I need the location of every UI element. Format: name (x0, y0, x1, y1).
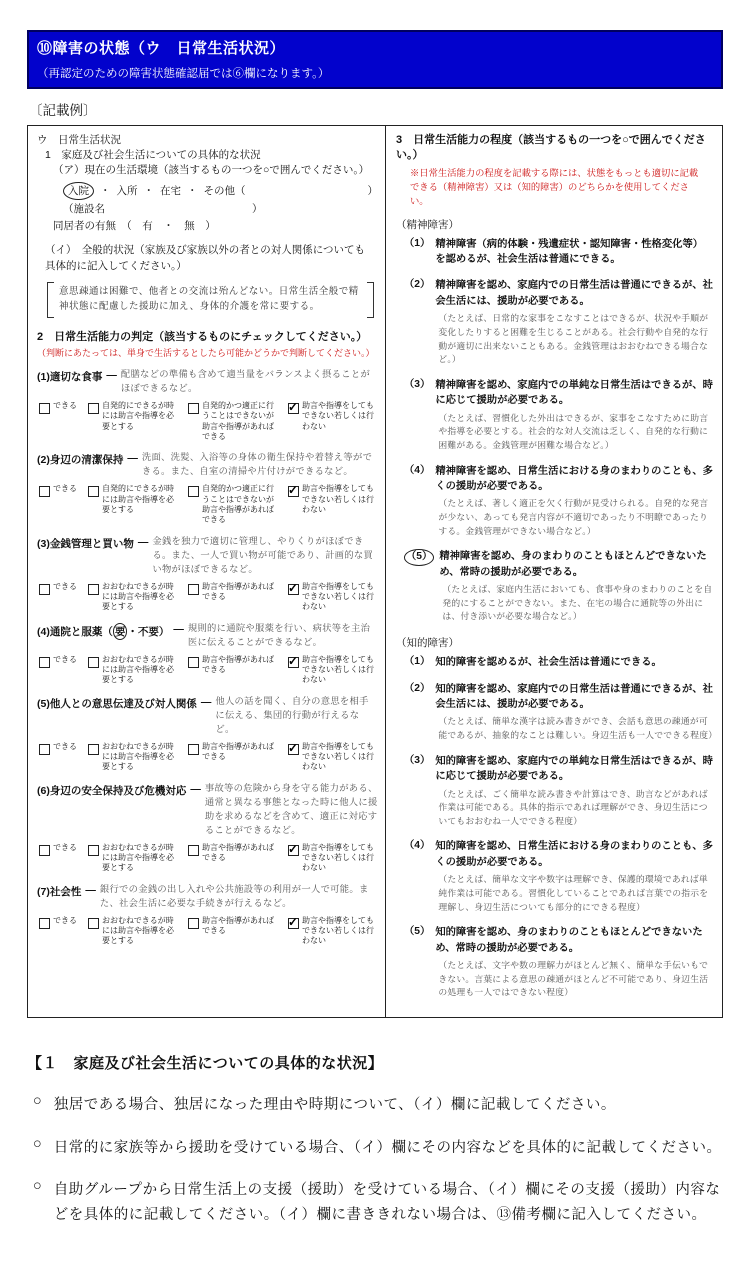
option-hospitalized-circled[interactable]: 入院 (63, 182, 94, 200)
checkbox-icon[interactable] (188, 403, 199, 414)
judgment-item-desc: 洗面、洗髪、入浴等の身体の衛生保持や着替え等ができる。また、自室の清掃や片付けが… (142, 452, 378, 480)
degree-number-circled[interactable]: （5） (404, 549, 434, 566)
judgment-option[interactable]: できる (39, 401, 81, 443)
degree-item: （4）精神障害を認め、日常生活における身のまわりのことも、多くの援助が必要である… (404, 464, 713, 539)
judgment-item-label: (2)身辺の清潔保持 (37, 452, 123, 467)
degree-number[interactable]: （2） (404, 682, 430, 743)
judgment-option[interactable]: 助言や指導をしてもできない若しくは行わない (288, 582, 378, 613)
judgment-item-desc: 金銭を独力で適切に管理し、やりくりがほぼできる。また、一人で買い物が可能であり、… (152, 536, 378, 578)
judgment-option[interactable]: 助言や指導があればできる (188, 742, 281, 773)
degree-item-body: 精神障害を認め、家庭内での単純な日常生活はできるが、時に応じて援助が必要である。… (435, 378, 713, 453)
degree-number[interactable]: （1） (404, 237, 430, 268)
judgment-option-label: おおむねできるが時には助言や指導を必要とする (102, 742, 181, 773)
checkbox-icon[interactable] (88, 584, 99, 595)
section-subtitle: （再認定のための障害状態確認届では⑥欄になります。） (37, 65, 713, 81)
degree-number[interactable]: （5） (404, 925, 430, 1000)
degree-item-body: 知的障害を認めるが、社会生活は普通にできる。 (435, 655, 713, 670)
checkbox-icon[interactable] (39, 744, 50, 755)
judgment-item: (7)社会性―銀行での金銭の出し入れや公共施設等の利用が一人で可能。また、社会生… (37, 884, 378, 947)
section2-title: 2 日常生活能力の判定（該当するものにチェックしてください。） (37, 328, 378, 344)
judgment-option-label: おおむねできるが時には助言や指導を必要とする (102, 655, 181, 686)
dash-separator: ― (85, 884, 96, 896)
judgment-item-desc: 他人の話を聞く、自分の意思を相手に伝える、集団的行動が行えるなど。 (215, 696, 378, 738)
judgment-option[interactable]: 助言や指導をしてもできない若しくは行わない (288, 655, 378, 686)
judgment-option-label: 自発的かつ適正に行うことはできないが助言や指導があればできる (202, 401, 281, 443)
bottom-guidance-section: 【１ 家庭及び社会生活についての具体的な状況】 ○独居である場合、独居になった理… (27, 1052, 723, 1228)
option-admitted[interactable]: 入所 (117, 183, 138, 198)
judgment-item-desc: 銀行での金銭の出し入れや公共施設等の利用が一人で可能。また、社会生活に必要な手続… (100, 884, 378, 912)
judgment-item-head: (1)適切な食事―配膳などの準備も含めて適当量をバランスよく摂ることがほぼできる… (37, 369, 378, 397)
dash-separator: ― (127, 452, 138, 464)
judgment-option[interactable]: おおむねできるが時には助言や指導を必要とする (88, 742, 181, 773)
checkbox-icon[interactable] (88, 744, 99, 755)
judgment-option[interactable]: 助言や指導をしてもできない若しくは行わない (288, 843, 378, 874)
checkbox-icon[interactable] (88, 657, 99, 668)
degree-item-text: 知的障害を認め、家庭内での日常生活は普通にできるが、社会生活には、援助が必要であ… (435, 682, 713, 713)
checkbox-checked-icon[interactable] (288, 403, 299, 414)
degree-number[interactable]: （4） (404, 464, 430, 539)
judgment-option-label: できる (53, 843, 77, 853)
judgment-option[interactable]: おおむねできるが時には助言や指導を必要とする (88, 843, 181, 874)
degree-item-example: （たとえば、簡単な漢字は読み書きができ、会話も意思の疎通が可能であるが、抽象的な… (435, 715, 713, 742)
judgment-options-row: できるおおむねできるが時には助言や指導を必要とする助言や指導があればできる助言や… (37, 655, 378, 686)
judgment-item: (3)金銭管理と買い物―金銭を独力で適切に管理し、やりくりがほぼできる。また、一… (37, 536, 378, 613)
section1b-title: （イ） 全般的状況（家族及び家族以外の者との対人関係についても 具体的に記入して… (37, 243, 378, 275)
judgment-item: (4)通院と服薬（要・不要）―規則的に通院や服薬を行い、病状等を主治医に伝えるこ… (37, 623, 378, 686)
section-title: ⑩障害の状態（ウ 日常生活状況） (37, 37, 713, 58)
section2-red-note: （判断にあたっては、単身で生活するとしたら可能かどうかで判断してください。） (37, 346, 378, 359)
section1a-title: （ア）現在の生活環境（該当するもの一つを○で囲んでください。） (37, 163, 378, 178)
judgment-option[interactable]: 助言や指導があればできる (188, 916, 281, 947)
judgment-option[interactable]: できる (39, 843, 81, 874)
judgment-option-label: 助言や指導をしてもできない若しくは行わない (302, 655, 378, 686)
checkbox-icon[interactable] (39, 918, 50, 929)
judgment-item-head: (3)金銭管理と買い物―金銭を独力で適切に管理し、やりくりがほぼできる。また、一… (37, 536, 378, 578)
checkbox-checked-icon[interactable] (288, 486, 299, 497)
section3-red-note: ※日常生活能力の程度を記載する際には、状態をもっとも適切に記載できる（精神障害）… (410, 167, 702, 209)
checkbox-icon[interactable] (188, 584, 199, 595)
judgment-option-label: できる (53, 582, 77, 592)
degree-item-body: 精神障害（病的体験・残遺症状・認知障害・性格変化等）を認めるが、社会生活は普通に… (435, 237, 713, 268)
dash-separator: ― (190, 783, 201, 795)
facility-name-field[interactable]: （施設名 ） (37, 202, 378, 217)
circle-bullet-icon: ○ (33, 1093, 42, 1118)
judgment-item: (5)他人との意思伝達及び対人関係―他人の話を聞く、自分の意思を相手に伝える、集… (37, 696, 378, 773)
judgment-option-label: 助言や指導があればできる (202, 843, 281, 864)
judgment-option[interactable]: 助言や指導があればできる (188, 655, 281, 686)
degree-number[interactable]: （3） (404, 378, 430, 453)
judgment-option-label: おおむねできるが時には助言や指導を必要とする (102, 582, 181, 613)
checkbox-icon[interactable] (39, 657, 50, 668)
judgment-option[interactable]: 自発的かつ適正に行うことはできないが助言や指導があればできる (188, 484, 281, 526)
judgment-item-head: (5)他人との意思伝達及び対人関係―他人の話を聞く、自分の意思を相手に伝える、集… (37, 696, 378, 738)
section3-title: 3 日常生活能力の程度（該当するもの一つを○で囲んでください。） (396, 133, 713, 164)
checkbox-icon[interactable] (188, 744, 199, 755)
left-heading: ウ 日常生活状況 (37, 133, 378, 148)
intellectual-disability-heading: （知的障害） (396, 635, 713, 650)
judgment-item-desc: 事故等の危険から身を守る能力がある、通常と異なる事態となった時に他人に援助を求め… (205, 783, 378, 839)
judgment-option-label: 助言や指導をしてもできない若しくは行わない (302, 843, 378, 874)
judgment-item-head: (4)通院と服薬（要・不要）―規則的に通院や服薬を行い、病状等を主治医に伝えるこ… (37, 623, 378, 651)
judgment-item-label: (7)社会性 (37, 884, 81, 899)
cohabitant-field[interactable]: 同居者の有無 （ 有 ・ 無 ） (37, 219, 378, 234)
judgment-option[interactable]: 助言や指導をしてもできない若しくは行わない (288, 484, 378, 526)
judgment-option-label: できる (53, 655, 77, 665)
dash-separator: ― (173, 623, 184, 635)
guidance-note: ○日常的に家族等から援助を受けている場合、（イ）欄にその内容などを具体的に記載し… (27, 1136, 723, 1161)
judgment-items-list: (1)適切な食事―配膳などの準備も含めて適当量をバランスよく摂ることがほぼできる… (37, 369, 378, 947)
judgment-option-label: 助言や指導があればできる (202, 655, 281, 676)
judgment-option-label: できる (53, 484, 77, 494)
judgment-option[interactable]: 助言や指導をしてもできない若しくは行わない (288, 742, 378, 773)
judgment-option[interactable]: できる (39, 484, 81, 526)
degree-item-example: （たとえば、日常的な家事をこなすことはできるが、状況や手順が変化したりすると困難… (435, 312, 713, 367)
degree-item-body: 精神障害を認め、身のまわりのこともほとんどできないため、常時の援助が必要である。… (439, 549, 713, 624)
bottom-notes-list: ○独居である場合、独居になった理由や時期について、（イ）欄に記載してください。○… (27, 1093, 723, 1228)
judgment-option-label: 自発的にできるが時には助言や指導を必要とする (102, 484, 181, 515)
option-separator: ・ (100, 183, 111, 198)
degree-item-body: 知的障害を認め、日常生活における身のまわりのことも、多くの援助が必要である。（た… (435, 839, 713, 914)
degree-number[interactable]: （1） (404, 655, 430, 670)
degree-item-body: 知的障害を認め、身のまわりのこともほとんどできないため、常時の援助が必要である。… (435, 925, 713, 1000)
checkbox-icon[interactable] (88, 486, 99, 497)
degree-item-text: 知的障害を認めるが、社会生活は普通にできる。 (435, 655, 713, 670)
form-main-box: ウ 日常生活状況 1 家庭及び社会生活についての具体的な状況 （ア）現在の生活環… (27, 125, 723, 1018)
judgment-option-label: 助言や指導があればできる (202, 916, 281, 937)
guidance-note-text: 独居である場合、独居になった理由や時期について、（イ）欄に記載してください。 (54, 1093, 723, 1118)
checkbox-icon[interactable] (88, 403, 99, 414)
checkbox-icon[interactable] (88, 845, 99, 856)
checkbox-icon[interactable] (188, 845, 199, 856)
judgment-option-label: 自発的にできるが時には助言や指導を必要とする (102, 401, 181, 432)
option-other-close-paren: ） (368, 183, 379, 198)
checkbox-icon[interactable] (188, 657, 199, 668)
form-page: ⑩障害の状態（ウ 日常生活状況） （再認定のための障害状態確認届では⑥欄になりま… (0, 0, 750, 1265)
judgment-option-label: おおむねできるが時には助言や指導を必要とする (102, 916, 181, 947)
judgment-item-label: (1)適切な食事 (37, 369, 102, 384)
judgment-option-label: 助言や指導をしてもできない若しくは行わない (302, 582, 378, 613)
judgment-option-label: 助言や指導があればできる (202, 582, 281, 603)
degree-number[interactable]: （3） (404, 754, 430, 829)
mental-degree-list: （1）精神障害（病的体験・残遺症状・認知障害・性格変化等）を認めるが、社会生活は… (396, 237, 713, 625)
guidance-note-text: 自助グループから日常生活上の支援（援助）を受けている場合、（イ）欄にその支援（援… (54, 1178, 723, 1227)
degree-item-text: 精神障害（病的体験・残遺症状・認知障害・性格変化等）を認めるが、社会生活は普通に… (435, 237, 713, 268)
general-situation-note: 意思疎通は困難で、他者との交流は殆んどない。日常生活全般で精神状態に配慮した援助… (47, 282, 374, 318)
degree-item-body: 精神障害を認め、日常生活における身のまわりのことも、多くの援助が必要である。（た… (435, 464, 713, 539)
right-column: 3 日常生活能力の程度（該当するもの一つを○で囲んでください。） ※日常生活能力… (386, 126, 722, 1017)
degree-item-example: （たとえば、文字や数の理解力がほとんど無く、簡単な手伝いもできない。言葉による意… (435, 959, 713, 1000)
degree-item: （2）知的障害を認め、家庭内での日常生活は普通にできるが、社会生活には、援助が必… (404, 682, 713, 743)
judgment-option-label: できる (53, 742, 77, 752)
mental-disability-heading: （精神障害） (396, 217, 713, 232)
degree-item-body: 知的障害を認め、家庭内での日常生活は普通にできるが、社会生活には、援助が必要であ… (435, 682, 713, 743)
degree-item-text: 精神障害を認め、身のまわりのこともほとんどできないため、常時の援助が必要である。 (439, 549, 713, 580)
judgment-option-label: 助言や指導をしてもできない若しくは行わない (302, 742, 378, 773)
degree-item-example: （たとえば、習慣化した外出はできるが、家事をこなすために助言や指導を必要とする。… (435, 412, 713, 453)
option-at-home[interactable]: 在宅 (160, 183, 181, 198)
degree-item: （4）知的障害を認め、日常生活における身のまわりのことも、多くの援助が必要である… (404, 839, 713, 914)
judgment-item-label: (4)通院と服薬（要・不要） (37, 623, 169, 640)
degree-item-example: （たとえば、家庭内生活においても、食事や身のまわりのことを自発的にすることができ… (439, 583, 713, 624)
intellectual-degree-list: （1）知的障害を認めるが、社会生活は普通にできる。（2）知的障害を認め、家庭内で… (396, 655, 713, 1000)
left-column: ウ 日常生活状況 1 家庭及び社会生活についての具体的な状況 （ア）現在の生活環… (28, 126, 386, 1017)
judgment-option-label: 自発的かつ適正に行うことはできないが助言や指導があればできる (202, 484, 281, 526)
judgment-option[interactable]: 自発的にできるが時には助言や指導を必要とする (88, 484, 181, 526)
degree-number[interactable]: （4） (404, 839, 430, 914)
checkbox-checked-icon[interactable] (288, 744, 299, 755)
judgment-option[interactable]: できる (39, 582, 81, 613)
degree-item-text: 知的障害を認め、身のまわりのこともほとんどできないため、常時の援助が必要である。 (435, 925, 713, 956)
degree-item: （1）知的障害を認めるが、社会生活は普通にできる。 (404, 655, 713, 670)
judgment-item-label: (6)身辺の安全保持及び危機対応 (37, 783, 186, 798)
judgment-option-label: できる (53, 916, 77, 926)
dash-separator: ― (138, 536, 149, 548)
judgment-option-label: 助言や指導があればできる (202, 742, 281, 763)
judgment-option[interactable]: 助言や指導があればできる (188, 582, 281, 613)
degree-item-body: 精神障害を認め、家庭内での日常生活は普通にできるが、社会生活には、援助が必要であ… (435, 278, 713, 366)
checkbox-icon[interactable] (39, 845, 50, 856)
section1-title: 1 家庭及び社会生活についての具体的な状況 (37, 148, 378, 163)
judgment-option[interactable]: できる (39, 655, 81, 686)
dash-separator: ― (201, 696, 212, 708)
option-separator: ・ (144, 183, 155, 198)
judgment-option[interactable]: おおむねできるが時には助言や指導を必要とする (88, 655, 181, 686)
degree-item: （2）精神障害を認め、家庭内での日常生活は普通にできるが、社会生活には、援助が必… (404, 278, 713, 366)
degree-item-text: 精神障害を認め、家庭内での単純な日常生活はできるが、時に応じて援助が必要である。 (435, 378, 713, 409)
degree-item-example: （たとえば、簡単な文字や数字は理解でき、保護的環境であれば単純作業は可能である。… (435, 873, 713, 914)
judgment-options-row: できる自発的にできるが時には助言や指導を必要とする自発的かつ適正に行うことはでき… (37, 401, 378, 443)
judgment-option[interactable]: 助言や指導があればできる (188, 843, 281, 874)
degree-item: （5）知的障害を認め、身のまわりのこともほとんどできないため、常時の援助が必要で… (404, 925, 713, 1000)
checkbox-checked-icon[interactable] (288, 657, 299, 668)
checkbox-icon[interactable] (39, 486, 50, 497)
judgment-option[interactable]: 自発的かつ適正に行うことはできないが助言や指導があればできる (188, 401, 281, 443)
checkbox-icon[interactable] (39, 584, 50, 595)
checkbox-icon[interactable] (39, 403, 50, 414)
degree-item-body: 知的障害を認め、家庭内での単純な日常生活はできるが、時に応じて援助が必要である。… (435, 754, 713, 829)
degree-item: （1）精神障害（病的体験・残遺症状・認知障害・性格変化等）を認めるが、社会生活は… (404, 237, 713, 268)
judgment-options-row: できる自発的にできるが時には助言や指導を必要とする自発的かつ適正に行うことはでき… (37, 484, 378, 526)
judgment-item-head: (2)身辺の清潔保持―洗面、洗髪、入浴等の身体の衛生保持や着替え等ができる。また… (37, 452, 378, 480)
checkbox-icon[interactable] (88, 918, 99, 929)
degree-item: （5）精神障害を認め、身のまわりのこともほとんどできないため、常時の援助が必要で… (404, 549, 713, 624)
judgment-option-label: 助言や指導をしてもできない若しくは行わない (302, 484, 378, 515)
checkbox-checked-icon[interactable] (288, 918, 299, 929)
checkbox-checked-icon[interactable] (288, 584, 299, 595)
judgment-item-head: (7)社会性―銀行での金銭の出し入れや公共施設等の利用が一人で可能。また、社会生… (37, 884, 378, 912)
circle-bullet-icon: ○ (33, 1136, 42, 1161)
circle-bullet-icon: ○ (33, 1178, 42, 1227)
option-other[interactable]: その他（ (204, 183, 246, 198)
judgment-option[interactable]: 助言や指導をしてもできない若しくは行わない (288, 401, 378, 443)
guidance-note: ○独居である場合、独居になった理由や時期について、（イ）欄に記載してください。 (27, 1093, 723, 1118)
judgment-option-label: 助言や指導をしてもできない若しくは行わない (302, 401, 378, 432)
judgment-item-head: (6)身辺の安全保持及び危機対応―事故等の危険から身を守る能力がある、通常と異な… (37, 783, 378, 839)
judgment-option[interactable]: おおむねできるが時には助言や指導を必要とする (88, 916, 181, 947)
example-label: 〔記載例〕 (29, 99, 723, 119)
degree-item: （3）知的障害を認め、家庭内での単純な日常生活はできるが、時に応じて援助が必要で… (404, 754, 713, 829)
dash-separator: ― (106, 369, 117, 381)
judgment-option[interactable]: できる (39, 742, 81, 773)
judgment-options-row: できるおおむねできるが時には助言や指導を必要とする助言や指導があればできる助言や… (37, 843, 378, 874)
judgment-item-desc: 規則的に通院や服薬を行い、病状等を主治医に伝えることができるなど。 (188, 623, 378, 651)
judgment-item-desc: 配膳などの準備も含めて適当量をバランスよく摂ることがほぼできるなど。 (121, 369, 378, 397)
guidance-note: ○自助グループから日常生活上の支援（援助）を受けている場合、（イ）欄にその支援（… (27, 1178, 723, 1227)
degree-item-text: 精神障害を認め、日常生活における身のまわりのことも、多くの援助が必要である。 (435, 464, 713, 495)
degree-item-example: （たとえば、ごく簡単な読み書きや計算はでき、助言などがあれば作業は可能である。具… (435, 788, 713, 829)
judgment-item-label: (5)他人との意思伝達及び対人関係 (37, 696, 197, 711)
degree-number[interactable]: （2） (404, 278, 430, 366)
judgment-options-row: できるおおむねできるが時には助言や指導を必要とする助言や指導があればできる助言や… (37, 582, 378, 613)
circled-choice-required[interactable]: 要 (113, 623, 128, 640)
judgment-options-row: できるおおむねできるが時には助言や指導を必要とする助言や指導があればできる助言や… (37, 916, 378, 947)
judgment-item-label: (3)金銭管理と買い物 (37, 536, 134, 551)
judgment-item: (2)身辺の清潔保持―洗面、洗髪、入浴等の身体の衛生保持や着替え等ができる。また… (37, 452, 378, 525)
checkbox-icon[interactable] (188, 486, 199, 497)
judgment-item: (6)身辺の安全保持及び危機対応―事故等の危険から身を守る能力がある、通常と異な… (37, 783, 378, 874)
degree-item-text: 精神障害を認め、家庭内での日常生活は普通にできるが、社会生活には、援助が必要であ… (435, 278, 713, 309)
checkbox-checked-icon[interactable] (288, 845, 299, 856)
judgment-option-label: 助言や指導をしてもできない若しくは行わない (302, 916, 378, 947)
judgment-option[interactable]: おおむねできるが時には助言や指導を必要とする (88, 582, 181, 613)
judgment-option[interactable]: 自発的にできるが時には助言や指導を必要とする (88, 401, 181, 443)
degree-item-example: （たとえば、著しく適正を欠く行動が見受けられる。自発的な発言が少ない、あっても発… (435, 497, 713, 538)
judgment-options-row: できるおおむねできるが時には助言や指導を必要とする助言や指導があればできる助言や… (37, 742, 378, 773)
degree-item-text: 知的障害を認め、家庭内での単純な日常生活はできるが、時に応じて援助が必要である。 (435, 754, 713, 785)
living-environment-options: 入院 ・ 入所 ・ 在宅 ・ その他（ ） (37, 182, 378, 200)
checkbox-icon[interactable] (188, 918, 199, 929)
section-header-bar: ⑩障害の状態（ウ 日常生活状況） （再認定のための障害状態確認届では⑥欄になりま… (27, 30, 723, 89)
judgment-item: (1)適切な食事―配膳などの準備も含めて適当量をバランスよく摂ることがほぼできる… (37, 369, 378, 442)
guidance-note-text: 日常的に家族等から援助を受けている場合、（イ）欄にその内容などを具体的に記載して… (54, 1136, 723, 1161)
bottom-section-title: 【１ 家庭及び社会生活についての具体的な状況】 (27, 1052, 723, 1073)
judgment-option-label: できる (53, 401, 77, 411)
degree-item-text: 知的障害を認め、日常生活における身のまわりのことも、多くの援助が必要である。 (435, 839, 713, 870)
option-separator: ・ (187, 183, 198, 198)
judgment-option[interactable]: 助言や指導をしてもできない若しくは行わない (288, 916, 378, 947)
judgment-option[interactable]: できる (39, 916, 81, 947)
judgment-option-label: おおむねできるが時には助言や指導を必要とする (102, 843, 181, 874)
degree-item: （3）精神障害を認め、家庭内での単純な日常生活はできるが、時に応じて援助が必要で… (404, 378, 713, 453)
